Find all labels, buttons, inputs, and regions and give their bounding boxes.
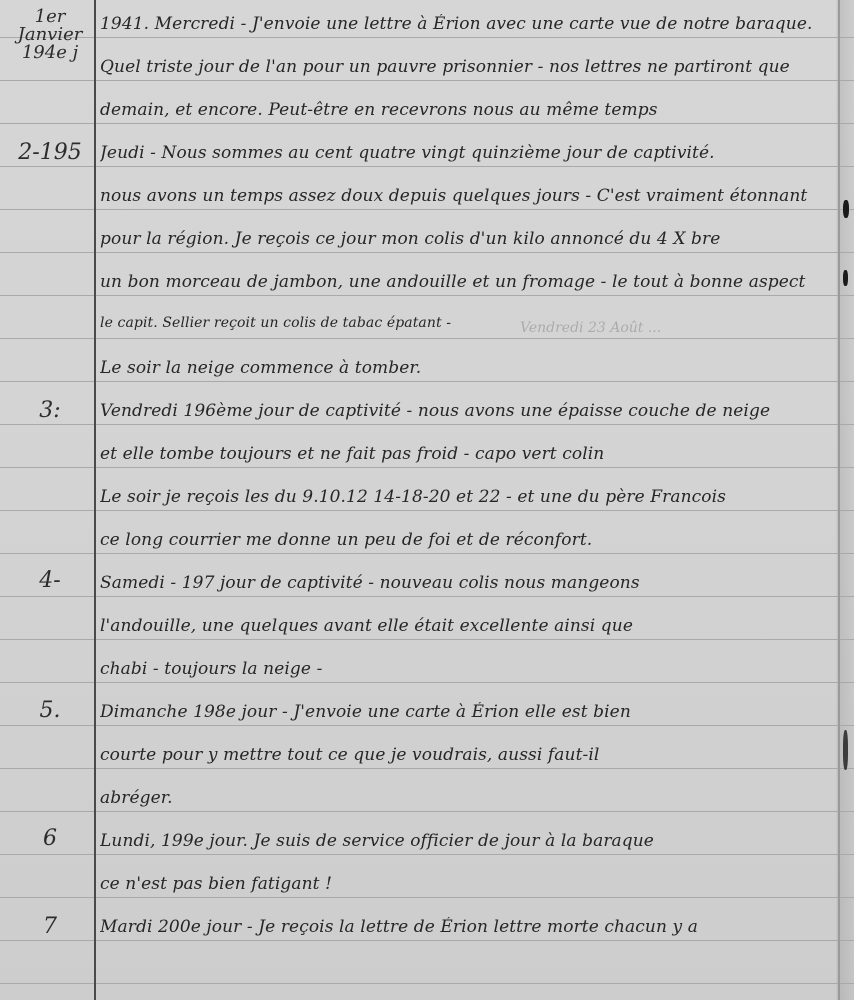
entry-line: chabi - toujours la neige - xyxy=(100,659,830,679)
page-edge xyxy=(838,0,840,1000)
ink-blot xyxy=(843,270,848,286)
entry-line: ce n'est pas bien fatigant ! xyxy=(100,874,830,894)
entry-line: abréger. xyxy=(100,788,830,808)
entry-line: Lundi, 199e jour. Je suis de service off… xyxy=(100,831,830,851)
entry-date: 3: xyxy=(8,400,92,422)
ruled-line xyxy=(0,854,854,855)
ruled-line xyxy=(0,510,854,511)
ruled-line xyxy=(0,37,854,38)
entry-line: le capit. Sellier reçoit un colis de tab… xyxy=(100,315,830,331)
entry-line: 1941. Mercredi - J'envoie une lettre à É… xyxy=(100,14,830,34)
ink-blot xyxy=(843,730,848,770)
ruled-line xyxy=(0,209,854,210)
entry-line: l'andouille, une quelques avant elle éta… xyxy=(100,616,830,636)
ruled-line xyxy=(0,80,854,81)
ruled-line xyxy=(0,639,854,640)
margin-line xyxy=(94,0,96,1000)
ink-blot xyxy=(843,200,849,218)
diary-page: Vendredi 23 Août ... 1er Janvier 194e j … xyxy=(0,0,854,1000)
entry-date: 5. xyxy=(8,700,92,722)
entry-line: ce long courrier me donne un peu de foi … xyxy=(100,530,830,550)
entry-line: Le soir je reçois les du 9.10.12 14-18-2… xyxy=(100,487,830,507)
entry-line: Mardi 200e jour - Je reçois la lettre de… xyxy=(100,917,830,937)
entry-line: nous avons un temps assez doux depuis qu… xyxy=(100,186,830,206)
entry-line: Vendredi 196ème jour de captivité - nous… xyxy=(100,401,830,421)
ruled-line xyxy=(0,811,854,812)
entry-line: Jeudi - Nous sommes au cent quatre vingt… xyxy=(100,143,830,163)
ruled-line xyxy=(0,123,854,124)
entry-date: 1er Janvier xyxy=(8,8,92,44)
ruled-line xyxy=(0,983,854,984)
entry-line: un bon morceau de jambon, une andouille … xyxy=(100,272,830,292)
entry-date: 2-195 xyxy=(8,142,92,164)
entry-line: Le soir la neige commence à tomber. xyxy=(100,358,830,378)
ruled-line xyxy=(0,768,854,769)
entry-line: demain, et encore. Peut-être en recevron… xyxy=(100,100,830,120)
entry-line: pour la région. Je reçois ce jour mon co… xyxy=(100,229,830,249)
ruled-line xyxy=(0,940,854,941)
entry-line: Samedi - 197 jour de captivité - nouveau… xyxy=(100,573,830,593)
entry-line: Dimanche 198e jour - J'envoie une carte … xyxy=(100,702,830,722)
ruled-line xyxy=(0,381,854,382)
ruled-line xyxy=(0,338,854,339)
entry-day-count: 194e j xyxy=(8,44,92,62)
ruled-line xyxy=(0,897,854,898)
ruled-line xyxy=(0,252,854,253)
entry-date: 6 xyxy=(8,828,92,850)
ruled-line xyxy=(0,295,854,296)
ruled-line xyxy=(0,553,854,554)
entry-line: courte pour y mettre tout ce que je voud… xyxy=(100,745,830,765)
entry-line: et elle tombe toujours et ne fait pas fr… xyxy=(100,444,830,464)
ruled-line xyxy=(0,467,854,468)
ruled-line xyxy=(0,424,854,425)
entry-line: Quel triste jour de l'an pour un pauvre … xyxy=(100,57,830,77)
ruled-line xyxy=(0,725,854,726)
entry-date: 7 xyxy=(8,916,92,938)
ruled-line xyxy=(0,166,854,167)
ruled-line xyxy=(0,682,854,683)
entry-date: 4- xyxy=(8,570,92,592)
ruled-line xyxy=(0,596,854,597)
